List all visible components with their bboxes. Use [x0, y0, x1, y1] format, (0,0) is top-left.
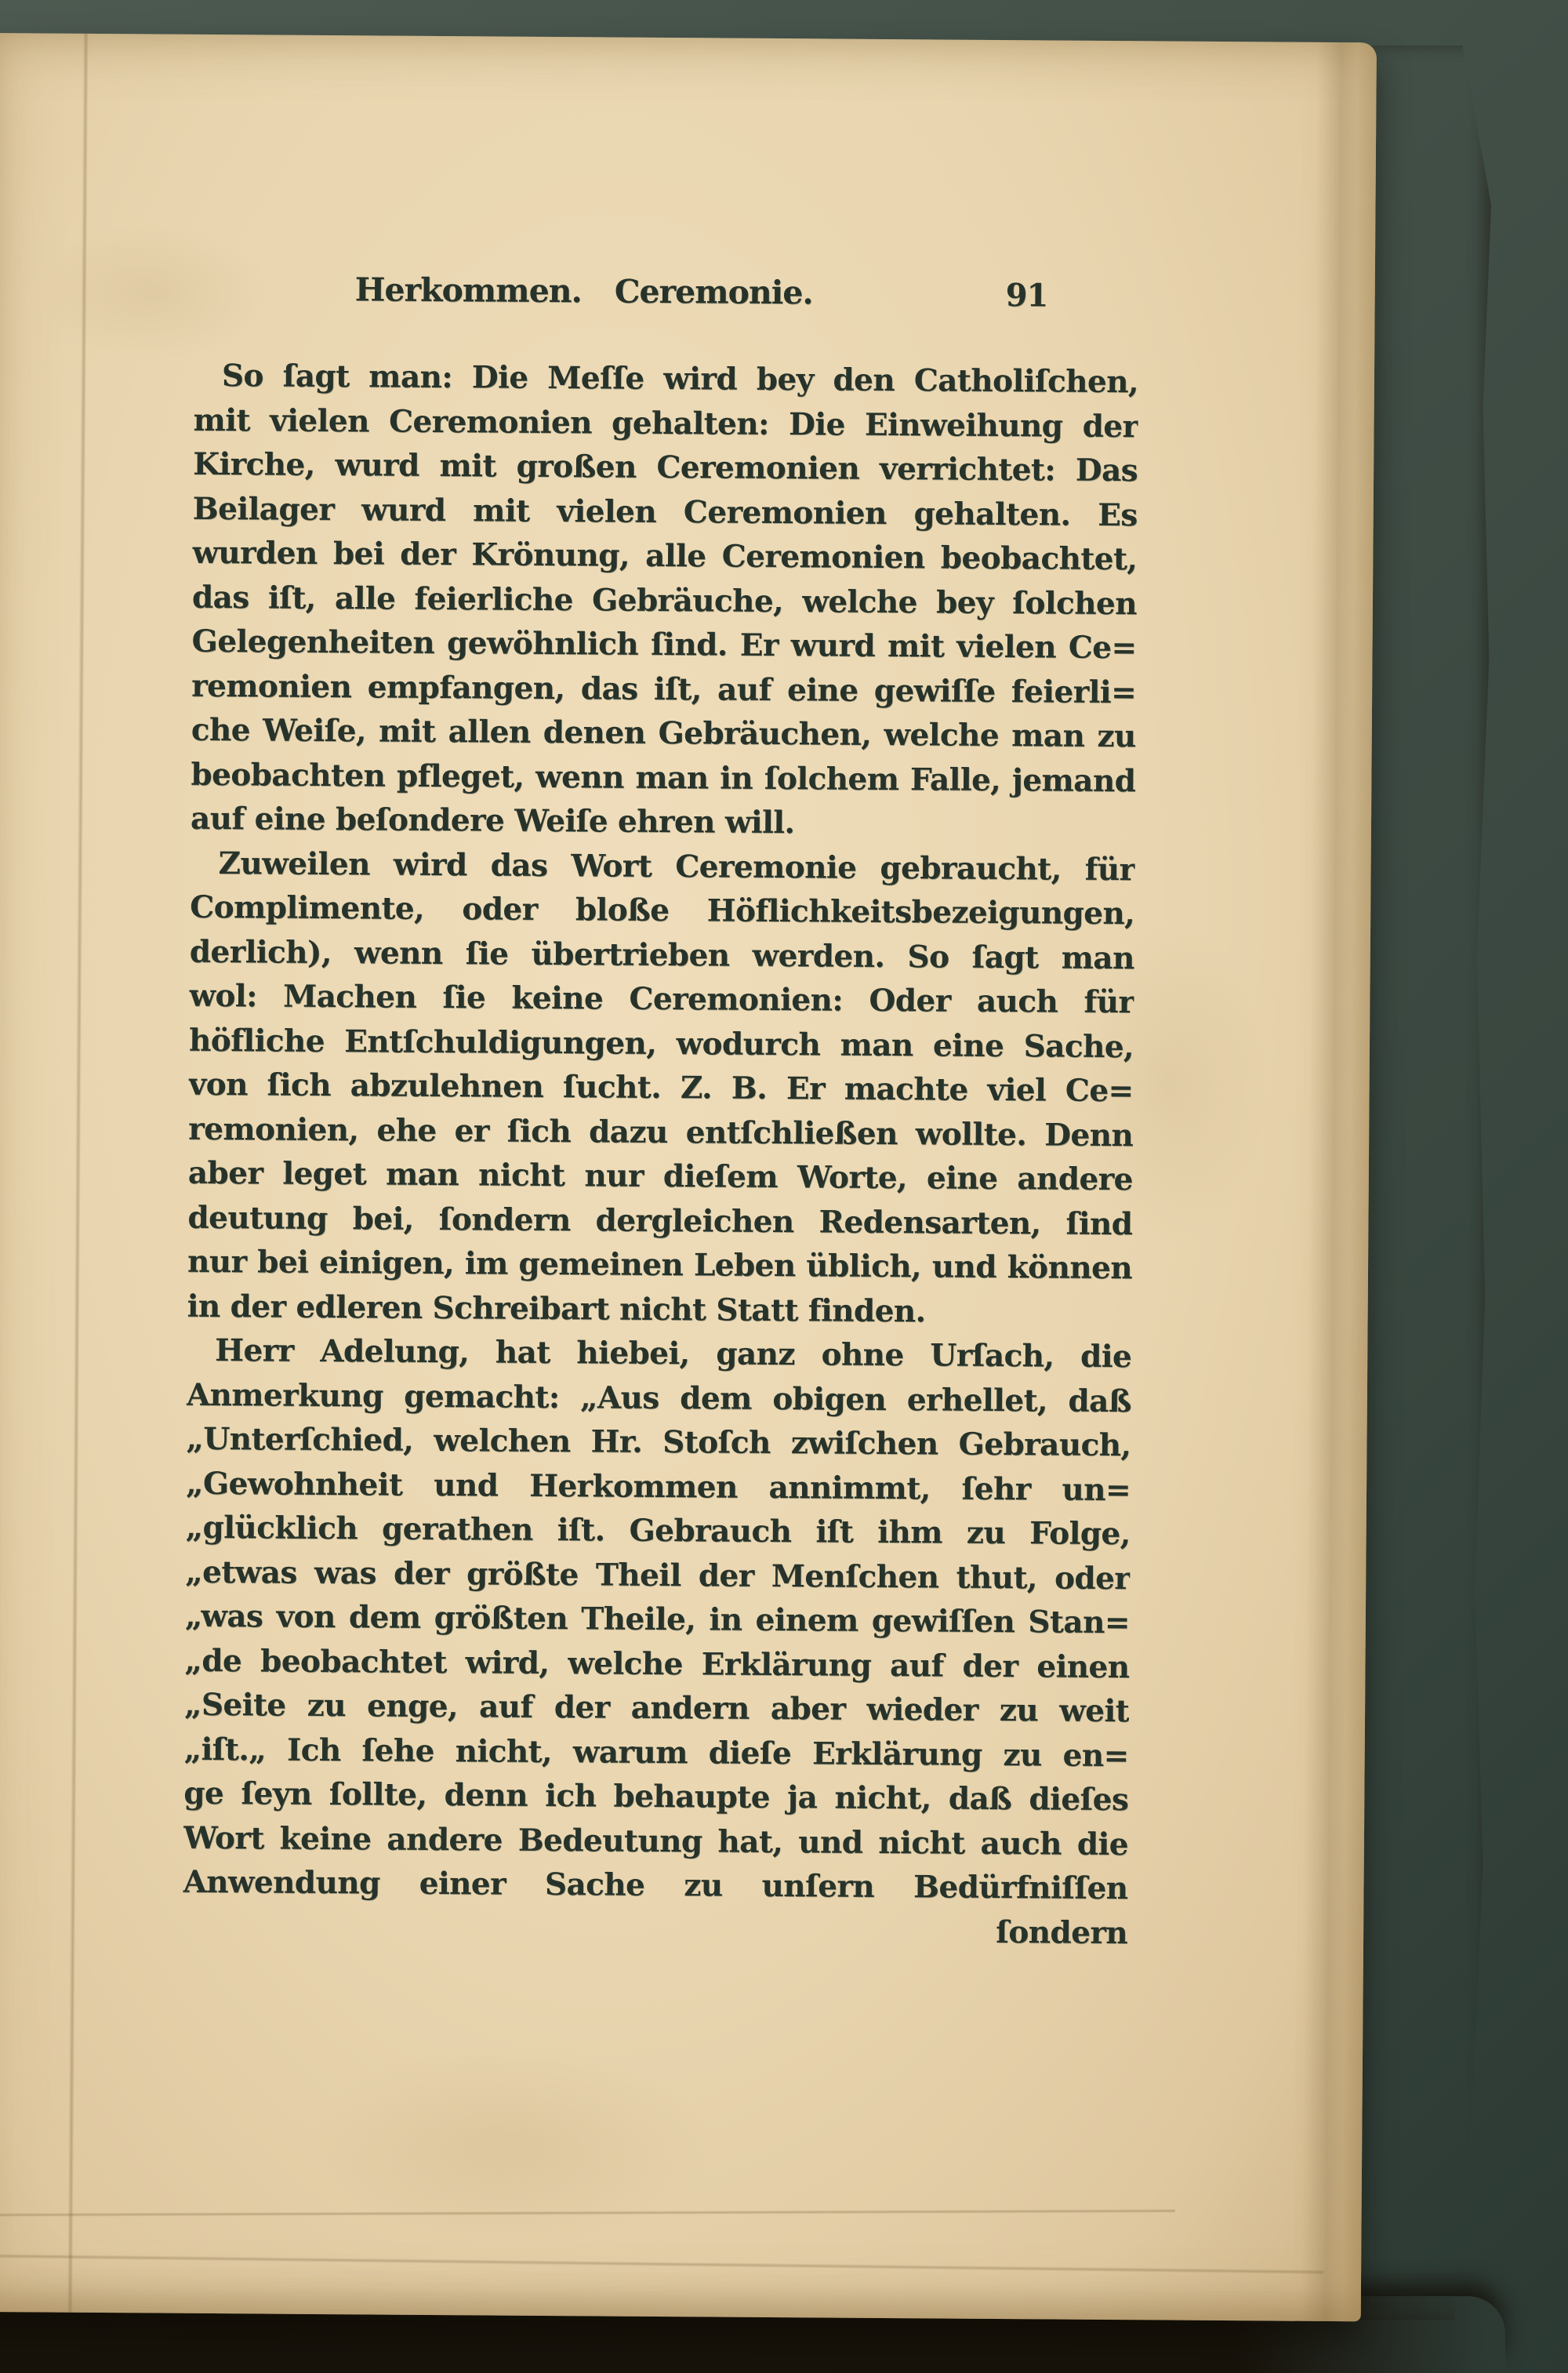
text-line: auf eine beſondere Weiſe ehren will.: [191, 797, 1135, 848]
page-text: Herkommen.Ceremonie. 91 So ſagt man: Die…: [183, 270, 1139, 1955]
body-lines: So ſagt man: Die Meſſe wird bey den Cath…: [183, 354, 1138, 1955]
book-page: Herkommen.Ceremonie. 91 So ſagt man: Die…: [0, 33, 1377, 2321]
catchword: ſondern: [183, 1904, 1127, 1955]
text-line: wurden bei der Krönung, alle Ceremonien …: [192, 531, 1137, 582]
text-line: Complimente, oder bloße Höflichkeitsbeze…: [190, 885, 1134, 936]
text-line: nur bei einigen, im gemeinen Leben üblic…: [187, 1240, 1132, 1291]
running-header-title: Herkommen.Ceremonie.: [355, 271, 813, 311]
text-line: „Unterſchied, welchen Hr. Stoſch zwiſche…: [186, 1417, 1131, 1468]
text-line: ge ſeyn ſollte, denn ich behaupte ja nic…: [183, 1772, 1128, 1822]
text-line: von ſich abzulehnen ſucht. Z. B. Er mach…: [188, 1063, 1133, 1114]
page-number: 91: [1006, 277, 1048, 314]
text-line: „iſt.„ Ich ſehe nicht, warum dieſe Erklä…: [184, 1727, 1129, 1778]
table-surface: Herkommen.Ceremonie. 91 So ſagt man: Die…: [0, 0, 1568, 2373]
text-line: „Seite zu enge, auf der andern aber wied…: [184, 1683, 1129, 1734]
text-line: So ſagt man: Die Meſſe wird bey den Cath…: [194, 354, 1138, 405]
header-word-left: Herkommen.: [355, 271, 582, 310]
text-line: Anmerkung gemacht: „Aus dem obigen erhel…: [187, 1372, 1131, 1423]
paper-stain: [304, 2043, 713, 2250]
text-line: Zuweilen wird das Wort Ceremonie gebrauc…: [190, 841, 1134, 892]
page-crease-horizontal: [0, 2253, 1323, 2274]
text-line: höfliche Entſchuldigungen, wodurch man e…: [189, 1018, 1134, 1069]
text-line: Wort keine andere Bedeutung hat, und nic…: [183, 1815, 1128, 1866]
text-line: „de beobachtet wird, welche Erklärung au…: [184, 1638, 1129, 1689]
text-line: Kirche, wurd mit großen Ceremonien verri…: [193, 442, 1138, 493]
header-word-right: Ceremonie.: [615, 273, 813, 312]
text-line: Beilager wurd mit vielen Ceremonien geha…: [193, 486, 1138, 537]
text-line: das iſt, alle feierliche Gebräuche, welc…: [192, 575, 1137, 626]
text-line: che Weiſe, mit allen denen Gebräuchen, w…: [191, 708, 1136, 759]
page-crease-margin: [1301, 42, 1358, 2321]
text-line: Gelegenheiten gewöhnlich ſind. Er wurd m…: [191, 620, 1136, 670]
text-line: „etwas was der größte Theil der Menſchen…: [185, 1550, 1130, 1601]
text-line: „glücklich gerathen iſt. Gebrauch iſt ih…: [186, 1506, 1131, 1557]
text-line: beobachten pfleget, wenn man in ſolchem …: [191, 752, 1135, 803]
text-line: remonien, ehe er ſich dazu entſchließen …: [188, 1107, 1133, 1157]
page-crease-vertical: [67, 34, 89, 2313]
text-line: Herr Adelung, hat hiebei, ganz ohne Urſa…: [187, 1328, 1131, 1379]
text-line: aber leget man nicht nur dieſem Worte, e…: [188, 1151, 1133, 1202]
text-line: remonien empfangen, das iſt, auf eine ge…: [191, 663, 1136, 714]
text-line: deutung bei, ſondern dergleichen Redensa…: [187, 1195, 1132, 1246]
text-line: mit vielen Ceremonien gehalten: Die Einw…: [193, 398, 1138, 449]
text-line: wol: Machen ſie keine Ceremonien: Oder a…: [189, 974, 1134, 1025]
text-line: in der edleren Schreibart nicht Statt fi…: [187, 1284, 1131, 1335]
text-line: „was von dem größten Theile, in einem ge…: [185, 1594, 1130, 1645]
running-header: Herkommen.Ceremonie. 91: [194, 270, 1138, 322]
text-line: „Gewohnheit und Herkommen annimmt, ſehr …: [186, 1461, 1131, 1512]
text-line: Anwendung einer Sache zu unſern Bedürfni…: [183, 1860, 1127, 1911]
text-line: derlich), wenn ſie übertrieben werden. S…: [190, 929, 1134, 980]
